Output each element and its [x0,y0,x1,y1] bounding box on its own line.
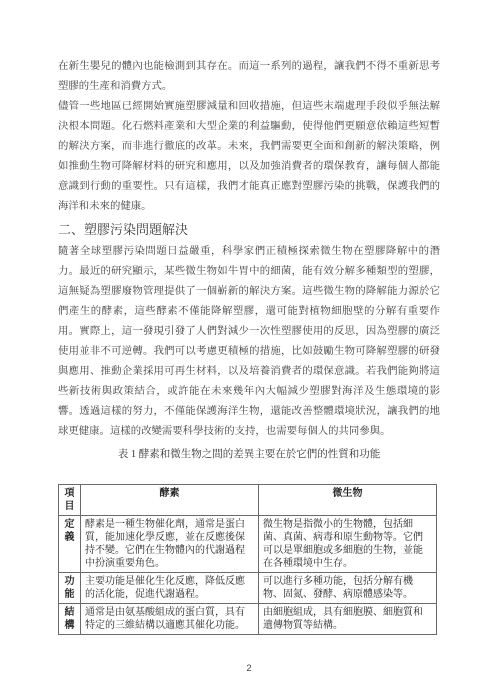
table-caption: 表 1 酵素和微生物之間的差異主要在於它們的性質和功能 [58,447,440,463]
row-label-structure: 結構 [59,604,81,635]
table-header-microbe: 微生物 [259,485,437,516]
page-number: 2 [58,661,440,677]
cell-structure-microbe: 由細胞組成，具有細胞膜、細胞質和遺傳物質等結構。 [259,604,437,635]
paragraph-intro-continuation: 在新生嬰兒的體內也能檢測到其存在。而這一系列的過程，讓我們不得不重新思考塑膠的生… [58,57,440,97]
table-row-structure: 結構 通常是由氨基酸組成的蛋白質，具有特定的三維結構以適應其催化功能。 由細胞組… [59,604,437,635]
row-label-function: 功能 [59,573,81,604]
table-header-row: 項目 酵素 微生物 [59,485,437,516]
row-label-definition: 定義 [59,516,81,573]
table-row-definition: 定義 酵素是一種生物催化劑，通常是蛋白質，能加速化學反應，並在反應後保持不變。它… [59,516,437,573]
cell-definition-enzyme: 酵素是一種生物催化劑，通常是蛋白質，能加速化學反應，並在反應後保持不變。它們在生… [81,516,259,573]
section-heading: 二、塑膠污染問題解決 [58,220,440,240]
paragraph-current-measures: 儘管一些地區已經開始實施塑膠減量和回收措施，但這些末端處理手段似乎無法解決根本問… [58,97,440,217]
table-header-item: 項目 [59,485,81,516]
paragraph-solution: 隨著全球塑膠污染問題日益嚴重，科學家們正積極探索微生物在塑膠降解中的潛力。最近的… [58,242,440,442]
document-page: 在新生嬰兒的體內也能檢測到其存在。而這一系列的過程，讓我們不得不重新思考塑膠的生… [0,0,495,700]
comparison-table: 項目 酵素 微生物 定義 酵素是一種生物催化劑，通常是蛋白質，能加速化學反應，並… [58,484,437,635]
cell-function-enzyme: 主要功能是催化生化反應，降低反應的活化能，促進代謝過程。 [81,573,259,604]
table-row-function: 功能 主要功能是催化生化反應，降低反應的活化能，促進代謝過程。 可以進行多種功能… [59,573,437,604]
cell-definition-microbe: 微生物是指微小的生物體，包括細菌、真菌、病毒和原生動物等。它們可以是單細胞或多細… [259,516,437,573]
table-header-enzyme: 酵素 [81,485,259,516]
cell-function-microbe: 可以進行多種功能，包括分解有機物、固氮、發酵、病原體感染等。 [259,573,437,604]
cell-structure-enzyme: 通常是由氨基酸組成的蛋白質，具有特定的三維結構以適應其催化功能。 [81,604,259,635]
